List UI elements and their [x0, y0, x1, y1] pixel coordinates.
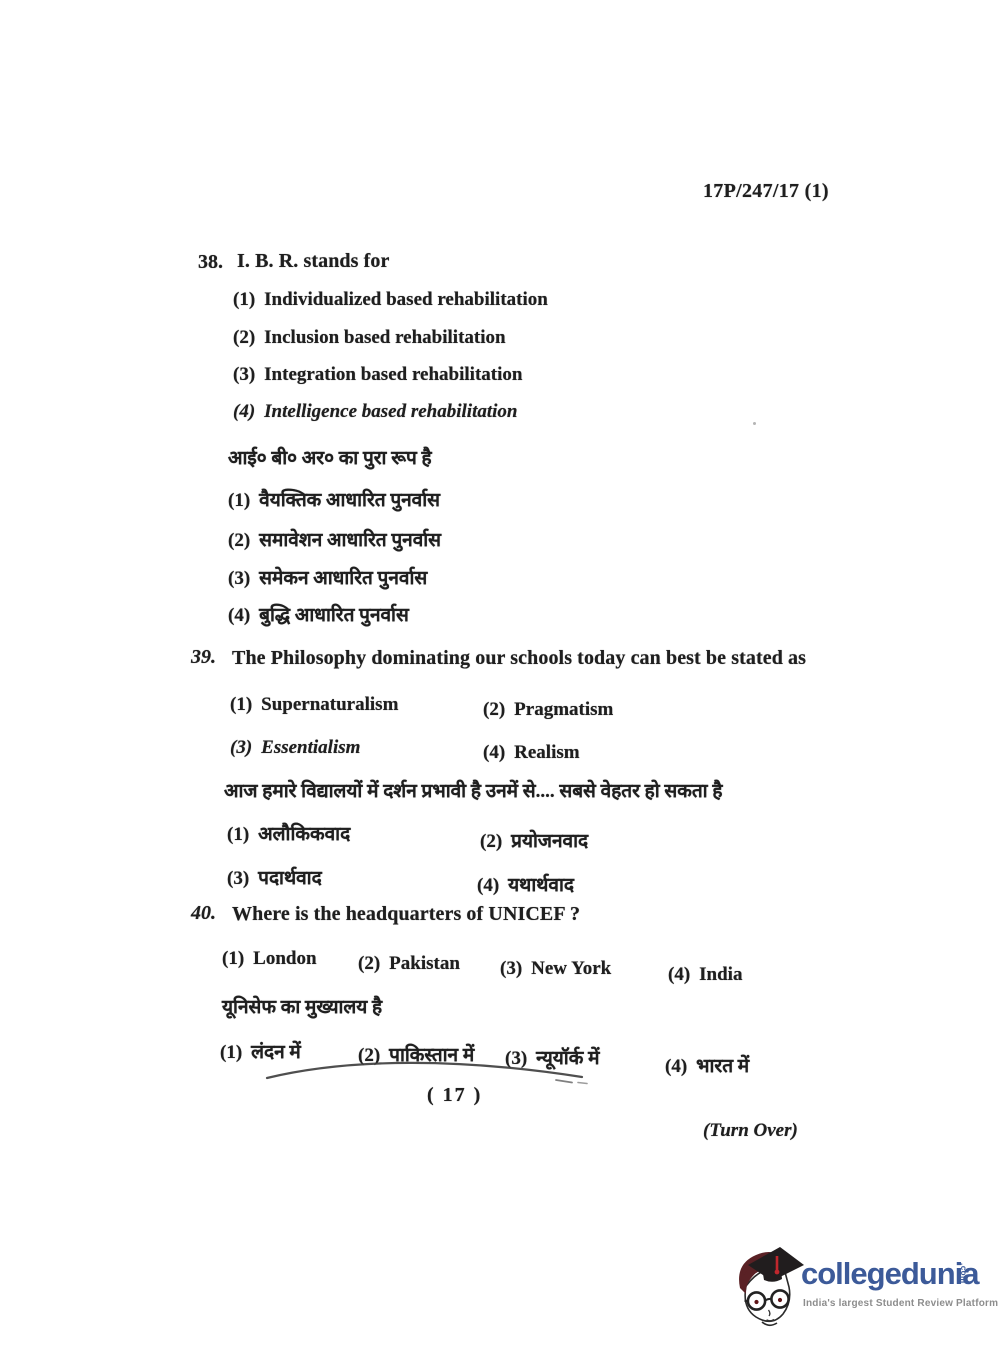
question-40-text-hindi: यूनिसेफ का मुख्यालय है [222, 993, 382, 1019]
question-39-option-1-hindi: (1)अलौकिकवाद [227, 820, 350, 846]
question-38-option-3-hindi: (3)समेकन आधारित पुनर्वास [228, 564, 427, 590]
option-label: यथार्थवाद [508, 875, 574, 896]
option-label: बुद्धि आधारित पुनर्वास [259, 605, 409, 626]
option-label: London [253, 948, 316, 969]
option-marker: (2) [233, 327, 255, 348]
option-marker: (1) [227, 824, 249, 845]
option-label: Pakistan [389, 953, 460, 974]
option-label: Supernaturalism [261, 694, 398, 715]
paper-code: 17P/247/17 (1) [703, 180, 829, 203]
question-40-option-4-hindi: (4)भारत में [665, 1052, 749, 1078]
question-39-option-3: (3)Essentialism [230, 737, 360, 759]
option-marker: (4) [228, 605, 250, 626]
question-39-option-1: (1)Supernaturalism [230, 694, 398, 716]
option-label: समावेशन आधारित पुनर्वास [259, 530, 441, 551]
option-marker: (2) [228, 530, 250, 551]
option-label: समेकन आधारित पुनर्वास [259, 568, 427, 589]
question-38-option-3: (3)Integration based rehabilitation [233, 364, 522, 386]
question-40-text: Where is the headquarters of UNICEF ? [232, 903, 580, 926]
option-marker: (1) [222, 948, 244, 969]
question-38-option-1: (1)Individualized based rehabilitation [233, 289, 548, 311]
scan-speck [753, 422, 756, 425]
option-marker: (1) [233, 289, 255, 310]
option-marker: (3) [230, 737, 252, 758]
option-label: Intelligence based rehabilitation [264, 401, 517, 422]
question-39-option-2-hindi: (2)प्रयोजनवाद [480, 827, 588, 853]
scanned-exam-page: 17P/247/17 (1) 38. I. B. R. stands for (… [0, 0, 1001, 1356]
option-label: Inclusion based rehabilitation [264, 327, 505, 348]
option-label: Essentialism [261, 737, 360, 758]
question-39-option-2: (2)Pragmatism [483, 699, 613, 721]
turn-over-note: (Turn Over) [703, 1120, 798, 1142]
option-label: प्रयोजनवाद [511, 831, 588, 852]
option-marker: (1) [230, 694, 252, 715]
question-39-option-4-hindi: (4)यथार्थवाद [477, 871, 574, 897]
question-38-option-4-hindi: (4)बुद्धि आधारित पुनर्वास [228, 601, 409, 627]
question-39-number: 39. [191, 646, 216, 669]
question-39-option-4: (4)Realism [483, 742, 580, 764]
option-label: Realism [514, 742, 579, 763]
option-label: वैयक्तिक आधारित पुनर्वास [259, 490, 440, 511]
option-label: Individualized based rehabilitation [264, 289, 548, 310]
option-marker: (4) [233, 401, 255, 422]
option-marker: (1) [220, 1042, 242, 1063]
question-39-option-3-hindi: (3)पदार्थवाद [227, 864, 322, 890]
option-marker: (4) [665, 1056, 687, 1077]
question-40-option-2: (2)Pakistan [358, 953, 460, 975]
question-38-option-1-hindi: (1)वैयक्तिक आधारित पुनर्वास [228, 486, 440, 512]
option-label: India [699, 964, 742, 985]
question-38-text-hindi: आई० बी० अर० का पुरा रूप है [228, 444, 432, 470]
page-number: ( 17 ) [427, 1084, 482, 1107]
question-38-text: I. B. R. stands for [237, 250, 389, 273]
question-40-option-1: (1)London [222, 948, 317, 970]
option-marker: (3) [227, 868, 249, 889]
option-marker: (4) [477, 875, 499, 896]
question-40-number: 40. [191, 902, 216, 925]
collegedunia-wordmark: collegedunia [801, 1256, 978, 1291]
option-marker: (2) [480, 831, 502, 852]
option-label: अलौकिकवाद [258, 824, 350, 845]
question-38-option-4: (4)Intelligence based rehabilitation [233, 401, 518, 423]
collegedunia-mascot-icon [735, 1244, 805, 1332]
option-marker: (4) [483, 742, 505, 763]
option-label: Pragmatism [514, 699, 613, 720]
collegedunia-logo: collegedunia .com India's largest Studen… [735, 1242, 985, 1334]
question-38-number: 38. [198, 251, 223, 274]
question-39-text: The Philosophy dominating our schools to… [232, 647, 806, 670]
option-marker: (2) [483, 699, 505, 720]
option-marker: (4) [668, 964, 690, 985]
collegedunia-domain-suffix: .com [959, 1263, 968, 1284]
option-marker: (2) [358, 953, 380, 974]
question-38-option-2: (2)Inclusion based rehabilitation [233, 327, 506, 349]
question-38-option-2-hindi: (2)समावेशन आधारित पुनर्वास [228, 526, 441, 552]
option-marker: (3) [500, 958, 522, 979]
option-label: पदार्थवाद [258, 868, 322, 889]
option-marker: (3) [233, 364, 255, 385]
question-39-text-hindi: आज हमारे विद्यालयों में दर्शन प्रभावी है… [224, 777, 722, 803]
option-label: New York [531, 958, 611, 979]
question-40-option-3: (3)New York [500, 958, 611, 980]
option-marker: (3) [228, 568, 250, 589]
collegedunia-tagline: India's largest Student Review Platform [803, 1298, 998, 1309]
option-marker: (1) [228, 490, 250, 511]
option-label: भारत में [696, 1056, 749, 1077]
option-label: Integration based rehabilitation [264, 364, 522, 385]
question-40-option-4: (4)India [668, 964, 742, 986]
